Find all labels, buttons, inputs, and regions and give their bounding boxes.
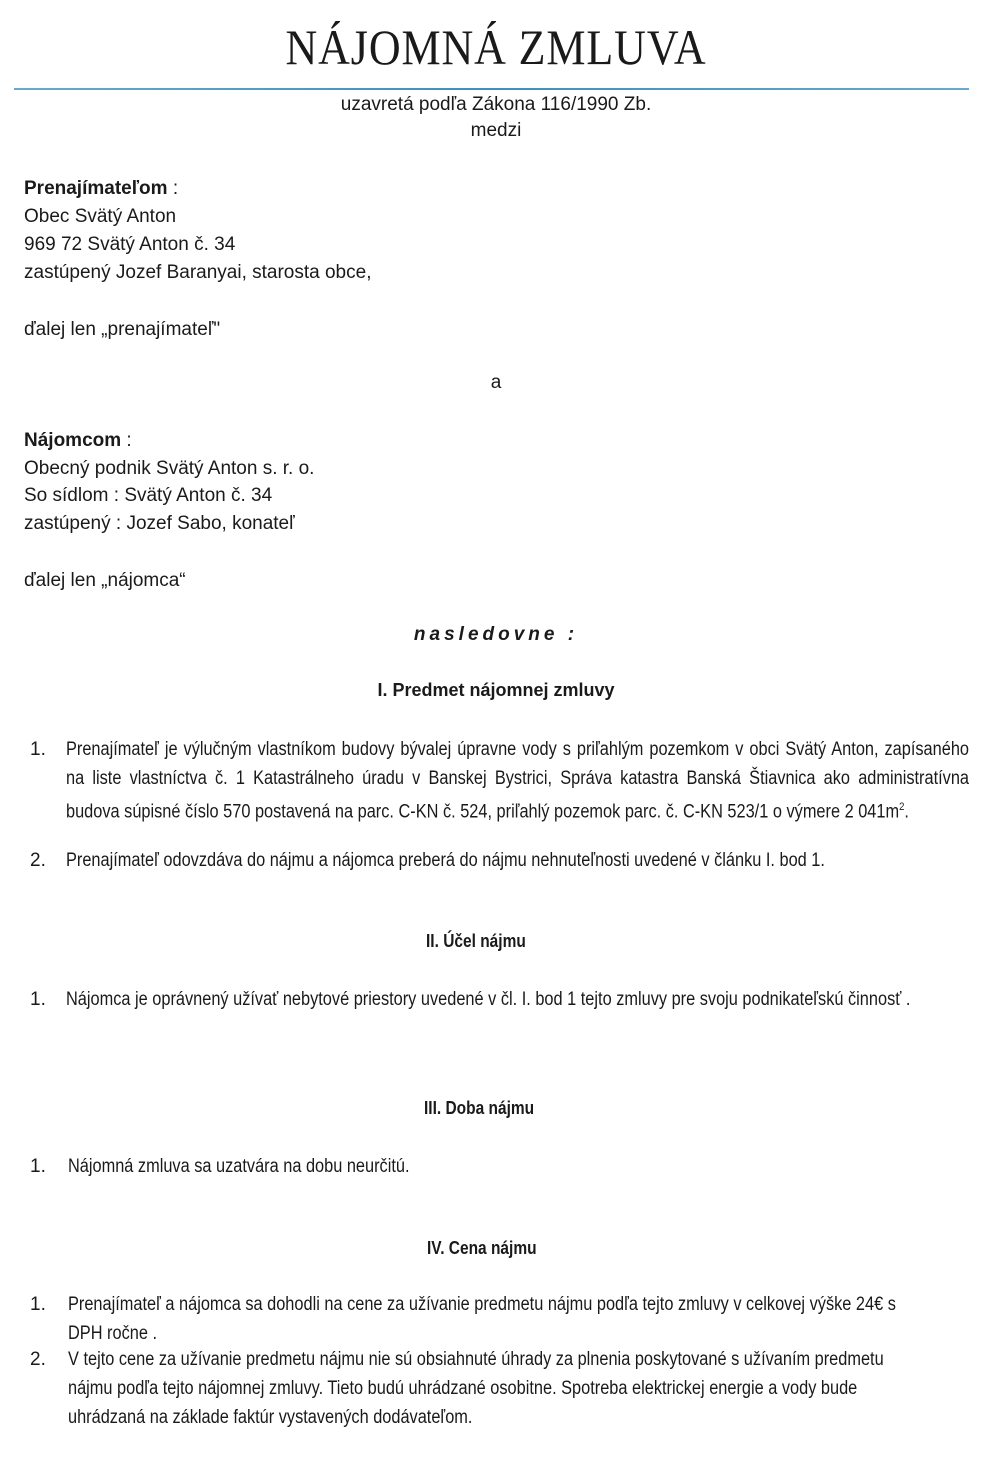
between-label: medzi: [0, 117, 992, 144]
conjunction: a: [0, 369, 992, 396]
item-number: 1.: [30, 1152, 46, 1181]
item-text-body: Prenajímateľ je výlučným vlastníkom budo…: [66, 739, 969, 822]
item-text: Prenajímateľ odovzdáva do nájmu a nájomc…: [66, 846, 969, 875]
section-heading-4: IV. Cena nájmu: [427, 1235, 599, 1262]
lessee-alias: ďalej len „nájomca“: [24, 567, 186, 594]
section-heading-2: II. Účel nájmu: [426, 928, 598, 955]
lessor-label: Prenajímateľom :: [24, 175, 178, 202]
item-text: Prenajímateľ je výlučným vlastníkom budo…: [66, 735, 969, 826]
lessee-seat: So sídlom : Svätý Anton č. 34: [24, 482, 272, 509]
item-number: 2.: [30, 1345, 46, 1374]
as-follows: nasledovne :: [0, 621, 992, 648]
subtitle: uzavretá podľa Zákona 116/1990 Zb.: [0, 91, 992, 118]
section-2-item-1: 1. Nájomca je oprávnený užívať nebytové …: [0, 985, 992, 1045]
item-number: 2.: [30, 846, 46, 875]
lessor-label-text: Prenajímateľom: [24, 178, 168, 199]
lessor-name: Obec Svätý Anton: [24, 203, 176, 230]
section-3-item-1: 1. Nájomná zmluva sa uzatvára na dobu ne…: [0, 1152, 992, 1182]
item-number: 1.: [30, 1290, 46, 1319]
section-1-item-2: 2. Prenajímateľ odovzdáva do nájmu a náj…: [0, 846, 992, 906]
lessee-label: Nájomcom :: [24, 427, 132, 454]
document-title: NÁJOMNÁ ZMLUVA: [60, 18, 933, 76]
item-text: Nájomca je oprávnený užívať nebytové pri…: [66, 985, 969, 1014]
item-text: Nájomná zmluva sa uzatvára na dobu neurč…: [68, 1152, 971, 1181]
section-heading-3: III. Doba nájmu: [424, 1095, 596, 1122]
lessee-name: Obecný podnik Svätý Anton s. r. o.: [24, 455, 314, 482]
section-1-item-1: 1. Prenajímateľ je výlučným vlastníkom b…: [0, 735, 992, 855]
item-text: V tejto cene za užívanie predmetu nájmu …: [68, 1345, 928, 1432]
title-divider: [14, 88, 969, 90]
lessee-label-text: Nájomcom: [24, 430, 121, 451]
section-4-item-2: 2. V tejto cene za užívanie predmetu náj…: [0, 1345, 992, 1465]
item-number: 1.: [30, 735, 46, 764]
lessee-colon: :: [121, 430, 132, 451]
section-heading-1: I. Predmet nájomnej zmluvy: [0, 677, 992, 704]
section-4-item-1: 1. Prenajímateľ a nájomca sa dohodli na …: [0, 1290, 992, 1350]
lessor-alias: ďalej len „prenajímateľ": [24, 316, 220, 343]
lessee-representative: zastúpený : Jozef Sabo, konateľ: [24, 510, 295, 537]
item-number: 1.: [30, 985, 46, 1014]
lessor-colon: :: [168, 178, 179, 199]
item-text-end: .: [904, 801, 909, 822]
lessor-representative: zastúpený Jozef Baranyai, starosta obce,: [24, 259, 371, 286]
item-text: Prenajímateľ a nájomca sa dohodli na cen…: [68, 1290, 928, 1348]
lessor-address: 969 72 Svätý Anton č. 34: [24, 231, 235, 258]
